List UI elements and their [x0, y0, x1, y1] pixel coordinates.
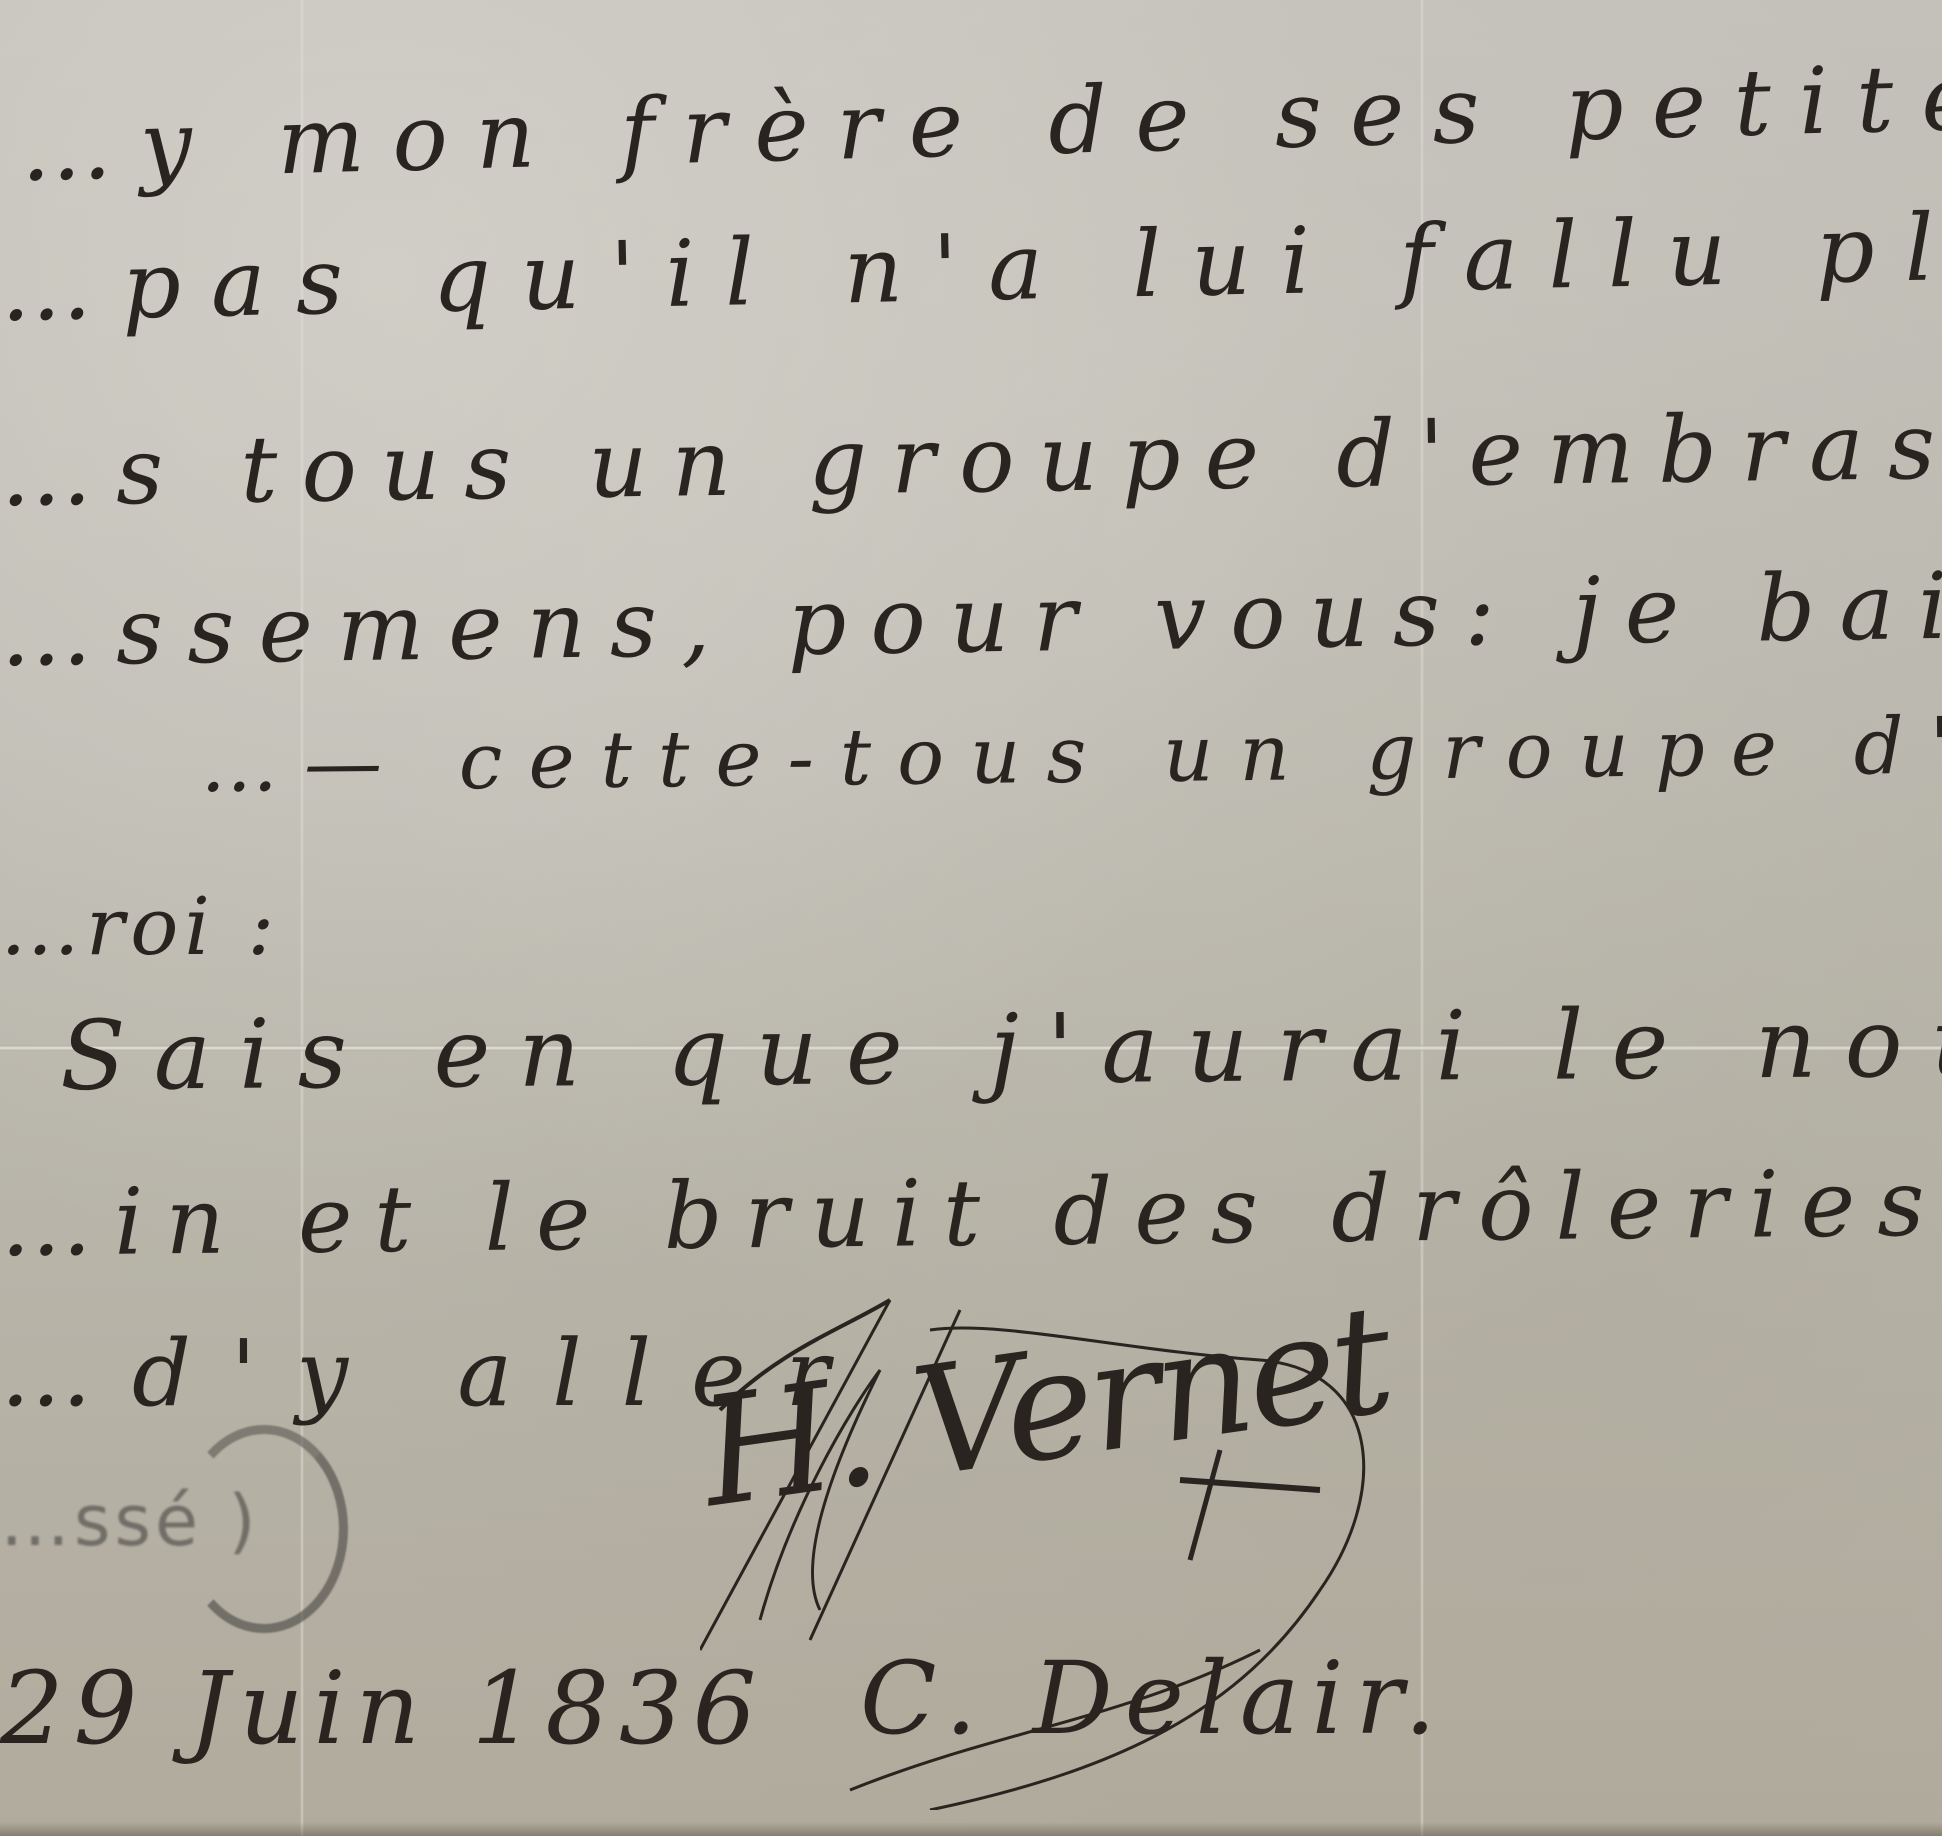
letter-date: 29 Juin 1836	[0, 1650, 766, 1767]
handwritten-line: Sais en que j'aurai le nouveau…	[60, 983, 1942, 1112]
handwritten-line: …ssemens, pour vous: je baiserai…	[0, 546, 1942, 687]
pencil-bracket-mark	[180, 1425, 348, 1633]
handwritten-line: …s tous un groupe d'embrasse…	[0, 389, 1942, 527]
handwritten-line: …— cette-tous un groupe d'éclatan…	[200, 695, 1942, 810]
handwritten-line: …in et le bruit des drôleries tir…	[0, 1146, 1942, 1277]
paper-edge	[0, 1822, 1942, 1836]
handwritten-line: …roi :	[0, 880, 280, 973]
letter-place: C. Delair.	[860, 1640, 1448, 1757]
letter-photo: …y mon frère de ses petites mes… …pas qu…	[0, 0, 1942, 1836]
handwritten-line: …pas qu'il n'a lui fallu plu…	[0, 189, 1942, 342]
handwritten-line: …y mon frère de ses petites mes…	[19, 29, 1942, 202]
